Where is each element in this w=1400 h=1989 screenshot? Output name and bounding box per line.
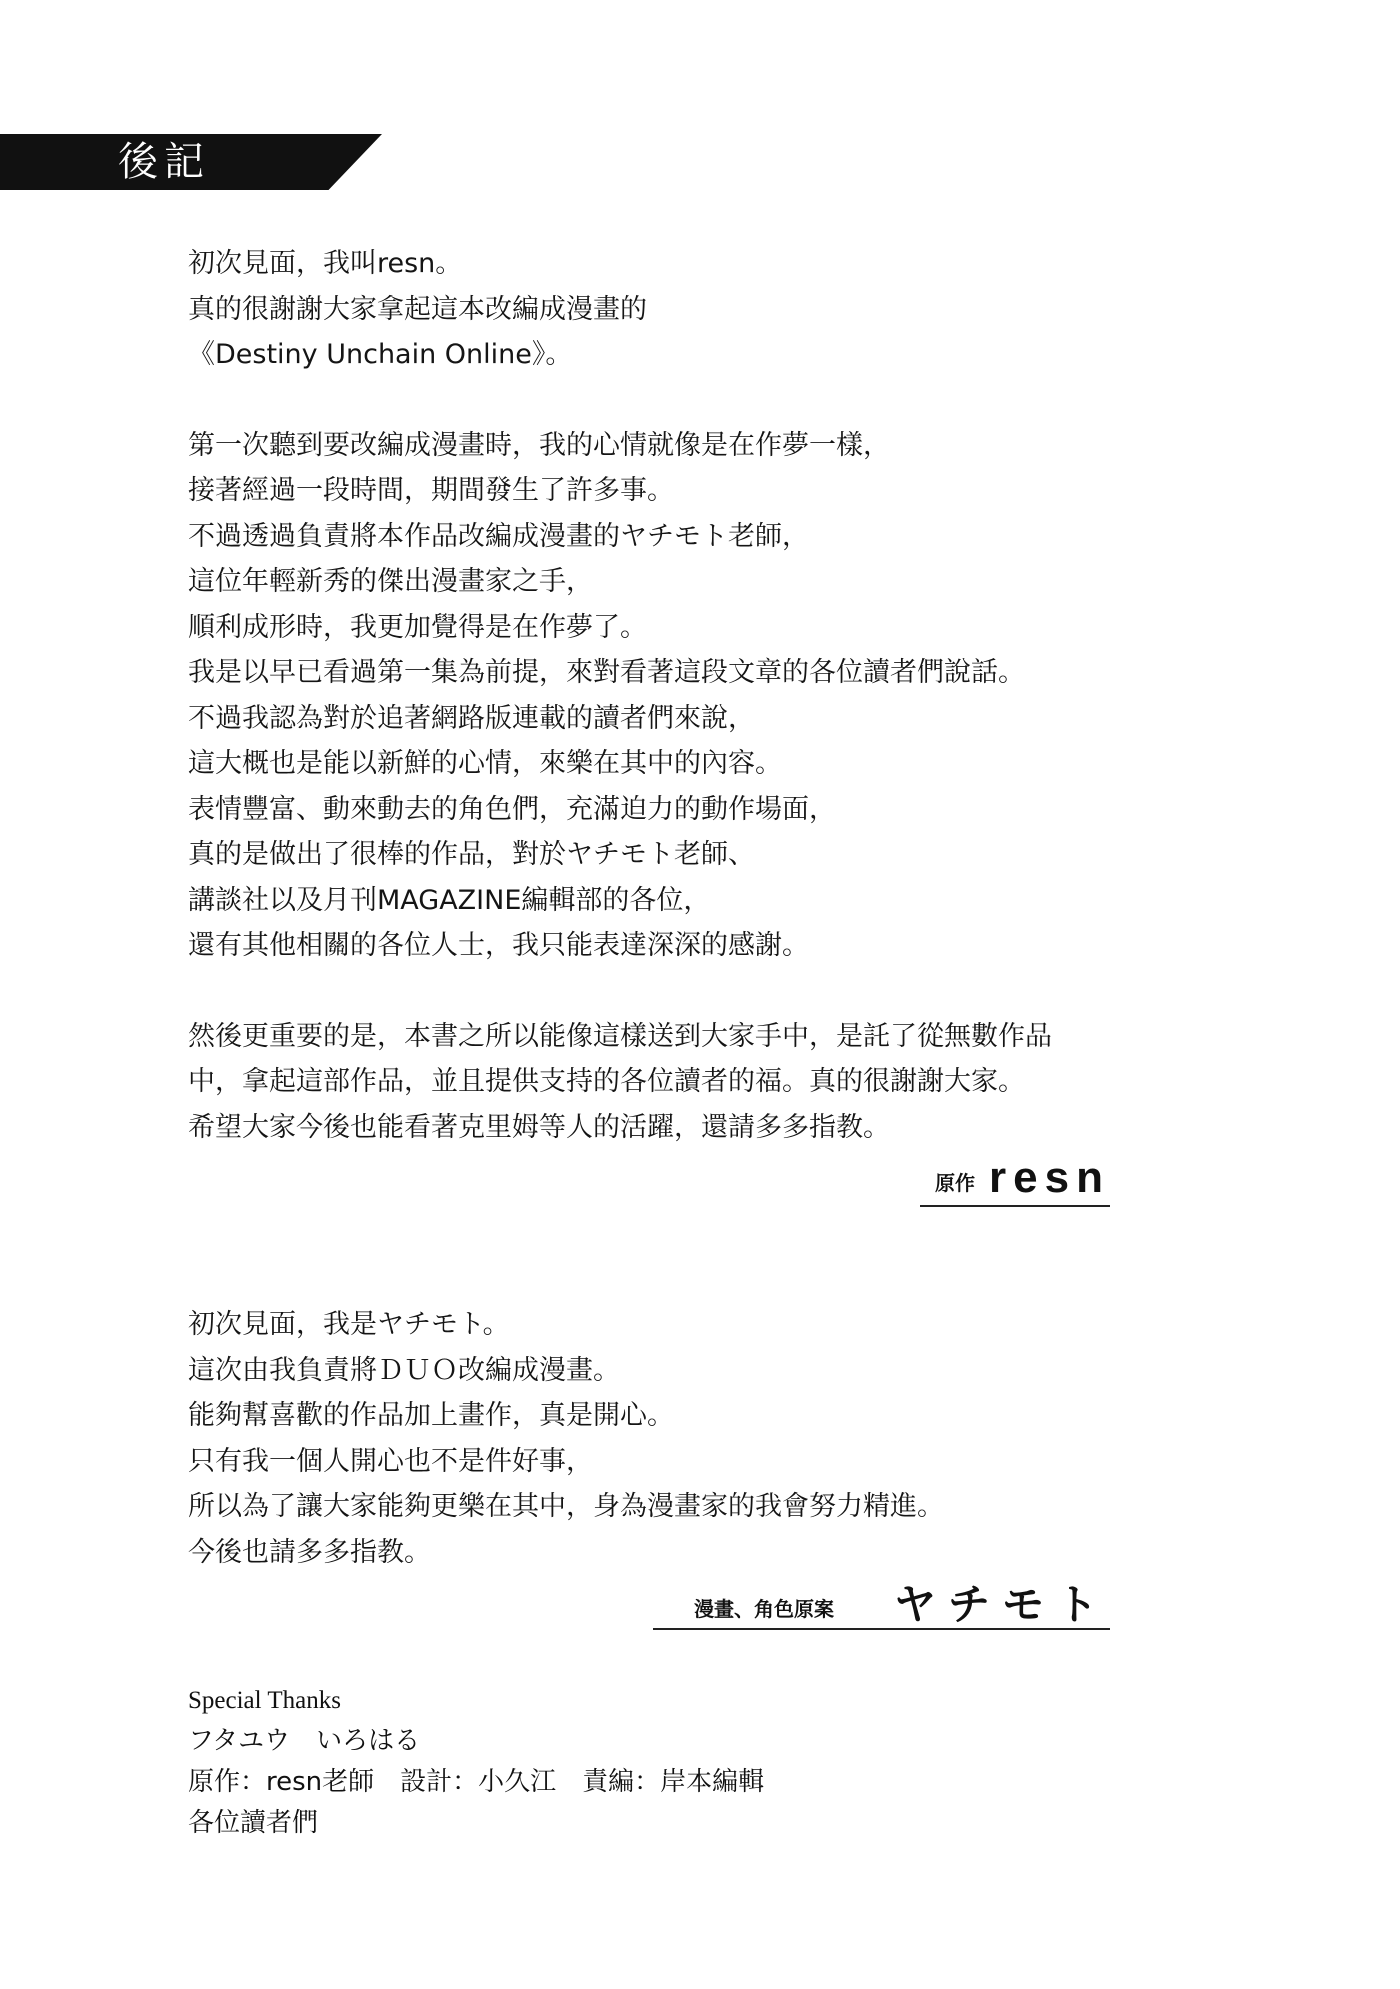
text-line: 中，拿起這部作品，並且提供支持的各位讀者的福。真的很謝謝大家。 — [188, 1059, 1052, 1105]
thanks-line: 原作：resn老師 設計：小久江 責編：岸本編輯 — [188, 1762, 764, 1803]
text-line: 希望大家今後也能看著克里姆等人的活躍，還請多多指教。 — [188, 1105, 1052, 1151]
signature-name: resn — [989, 1156, 1110, 1200]
author-note: 初次見面，我叫resn。 真的很謝謝大家拿起這本改編成漫畫的 《Destiny … — [188, 241, 1052, 1150]
text-line: 初次見面，我叫resn。 — [188, 241, 1052, 287]
text-line: 所以為了讓大家能夠更樂在其中，身為漫畫家的我會努力精進。 — [188, 1484, 944, 1530]
text-line: 這次由我負責將ＤＵＯ改編成漫畫。 — [188, 1348, 944, 1394]
text-line: 接著經過一段時間，期間發生了許多事。 — [188, 468, 1052, 514]
signature-role: 漫畫、角色原案 — [694, 1593, 834, 1626]
artist-note: 初次見面，我是ヤチモト。 這次由我負責將ＤＵＯ改編成漫畫。 能夠幫喜歡的作品加上… — [188, 1302, 944, 1575]
text-line: 還有其他相關的各位人士，我只能表達深深的感謝。 — [188, 923, 1052, 969]
thanks-line: 各位讀者們 — [188, 1803, 764, 1844]
text-line: 講談社以及月刊MAGAZINE編輯部的各位， — [188, 878, 1052, 924]
text-line: 我是以早已看過第一集為前提，來對看著這段文章的各位讀者們說話。 — [188, 650, 1052, 696]
page-title: 後記 — [118, 134, 210, 190]
text-line: 然後更重要的是，本書之所以能像這樣送到大家手中，是託了從無數作品 — [188, 1014, 1052, 1060]
text-line: 今後也請多多指教。 — [188, 1530, 944, 1576]
text-line: 第一次聽到要改編成漫畫時，我的心情就像是在作夢一樣， — [188, 423, 1052, 469]
artist-signature: 漫畫、角色原案 ヤチモト — [690, 1574, 1110, 1626]
signature-rule — [653, 1628, 1110, 1630]
signature-role: 原作 — [935, 1167, 975, 1200]
text-line: 真的是做出了很棒的作品，對於ヤチモト老師、 — [188, 832, 1052, 878]
text-line: 表情豐富、動來動去的角色們，充滿迫力的動作場面， — [188, 787, 1052, 833]
text-line: 不過透過負責將本作品改編成漫畫的ヤチモト老師， — [188, 514, 1052, 560]
text-line: 這位年輕新秀的傑出漫畫家之手， — [188, 559, 1052, 605]
special-thanks-title: Special Thanks — [188, 1681, 764, 1721]
text-line: 這大概也是能以新鮮的心情，來樂在其中的內容。 — [188, 741, 1052, 787]
special-thanks: Special Thanks フタユウ いろはる 原作：resn老師 設計：小久… — [188, 1681, 764, 1844]
author-signature: 原作 resn — [880, 1150, 1110, 1200]
text-line: 初次見面，我是ヤチモト。 — [188, 1302, 944, 1348]
thanks-line: フタユウ いろはる — [188, 1721, 764, 1762]
signature-rule — [920, 1205, 1110, 1207]
afterword-banner: 後記 — [0, 134, 382, 190]
text-line: 只有我一個人開心也不是件好事， — [188, 1439, 944, 1485]
text-line: 不過我認為對於追著網路版連載的讀者們來說， — [188, 696, 1052, 742]
text-line: 順利成形時，我更加覺得是在作夢了。 — [188, 605, 1052, 651]
signature-name: ヤチモト — [894, 1584, 1110, 1626]
text-line: 《Destiny Unchain Online》。 — [188, 332, 1052, 378]
text-line: 能夠幫喜歡的作品加上畫作，真是開心。 — [188, 1393, 944, 1439]
text-line: 真的很謝謝大家拿起這本改編成漫畫的 — [188, 287, 1052, 333]
